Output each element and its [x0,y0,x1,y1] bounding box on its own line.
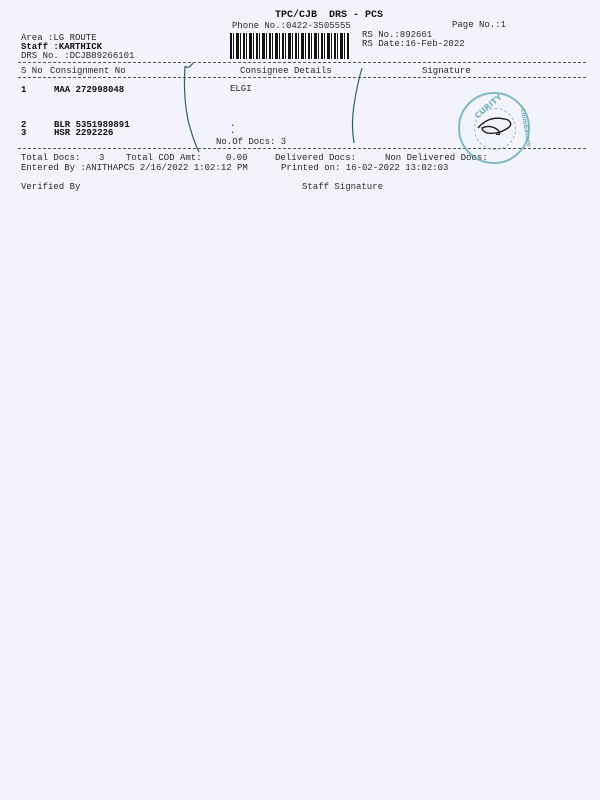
signature-scribble-icon [470,110,520,140]
